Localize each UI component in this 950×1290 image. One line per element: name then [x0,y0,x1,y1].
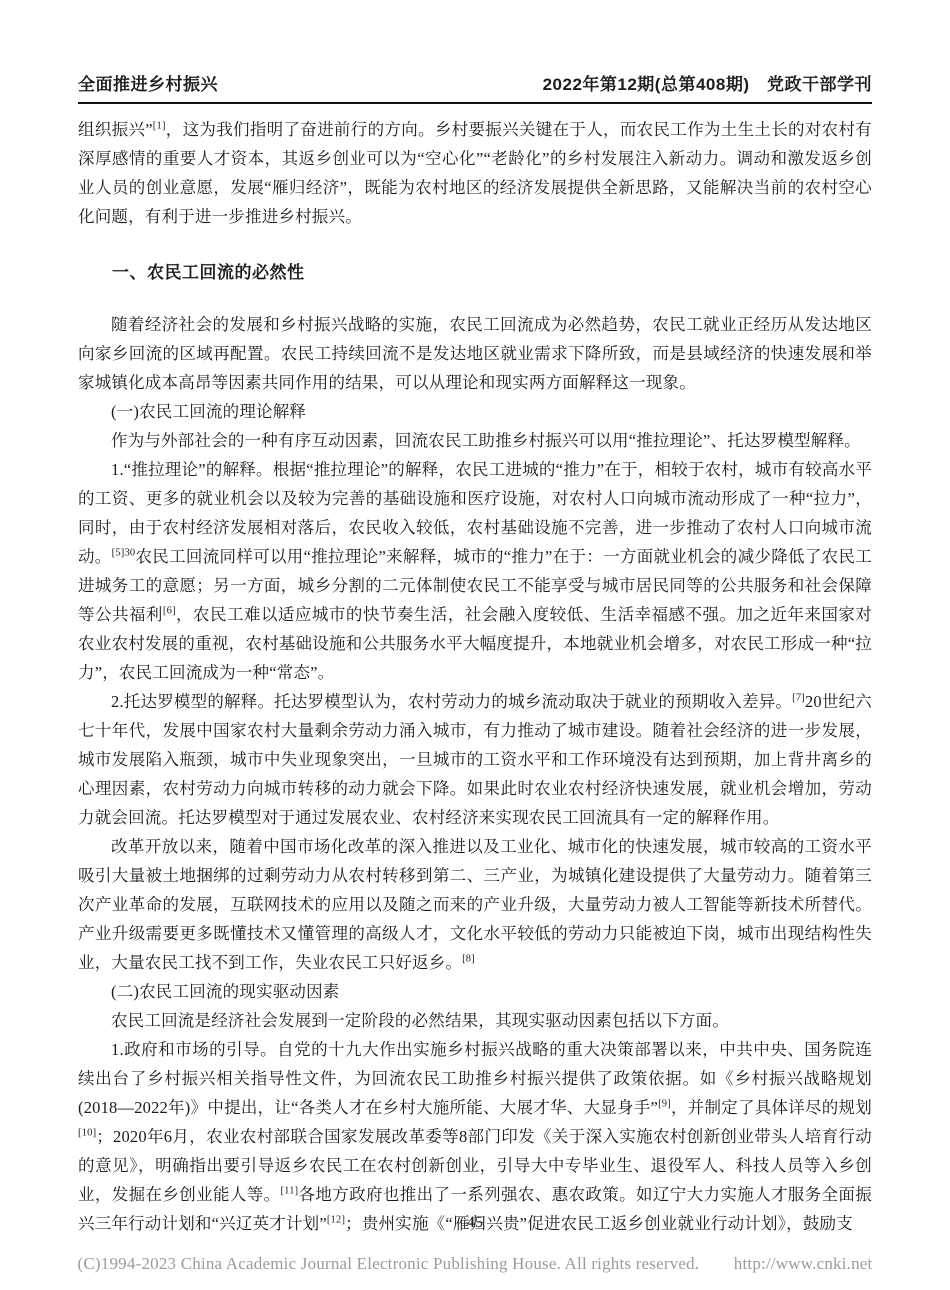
citation-ref: [10] [78,1128,96,1139]
header-divider [78,102,872,104]
journal-page: 全面推进乡村振兴 2022年第12期(总第408期) 党政干部学刊 组织振兴”[… [0,0,950,1290]
paragraph: 1.“推拉理论”的解释。根据“推拉理论”的解释，农民工进城的“推力”在于，相较于… [78,455,872,687]
citation-ref: [9] [658,1099,671,1110]
cnki-url: http://www.cnki.net [734,1254,873,1273]
citation-ref: [8] [462,954,475,965]
paragraph: 随着经济社会的发展和乡村振兴战略的实施，农民工回流成为必然趋势，农民工就业正经历… [78,310,872,397]
copyright-text: (C)1994-2023 China Academic Journal Elec… [78,1254,700,1273]
paragraph: 改革开放以来，随着中国市场化改革的深入推进以及工业化、城市化的快速发展，城市较高… [78,832,872,977]
page-number: 45 [0,1214,950,1232]
paragraph: 农民工回流是经济社会发展到一定阶段的必然结果，其现实驱动因素包括以下方面。 [78,1006,872,1035]
paragraph: 作为与外部社会的一种有序互动因素，回流农民工助推乡村振兴可以用“推拉理论”、托达… [78,426,872,455]
paragraph: (二)农民工回流的现实驱动因素 [78,977,872,1006]
paragraph: 组织振兴”[1]，这为我们指明了奋进前行的方向。乡村要振兴关键在于人，而农民工作… [78,115,872,231]
header-issue-info: 2022年第12期(总第408期) 党政干部学刊 [543,70,872,95]
citation-ref: [5]30 [112,548,136,559]
citation-ref: [11] [280,1186,298,1197]
page-header: 全面推进乡村振兴 2022年第12期(总第408期) 党政干部学刊 [78,0,872,95]
article-body: 组织振兴”[1]，这为我们指明了奋进前行的方向。乡村要振兴关键在于人，而农民工作… [78,115,872,1238]
section-heading: 一、农民工回流的必然性 [78,258,872,283]
paragraph: 1.政府和市场的引导。自党的十九大作出实施乡村振兴战略的重大决策部署以来，中共中… [78,1035,872,1238]
paragraph: 2.托达罗模型的解释。托达罗模型认为，农村劳动力的城乡流动取决于就业的预期收入差… [78,687,872,832]
paragraph: (一)农民工回流的理论解释 [78,397,872,426]
citation-ref: [7] [792,693,805,704]
citation-ref: [6] [163,606,176,617]
header-column-title: 全面推进乡村振兴 [78,70,218,95]
citation-ref: [1] [153,121,166,132]
copyright-notice: (C)1994-2023 China Academic Journal Elec… [0,1254,950,1274]
